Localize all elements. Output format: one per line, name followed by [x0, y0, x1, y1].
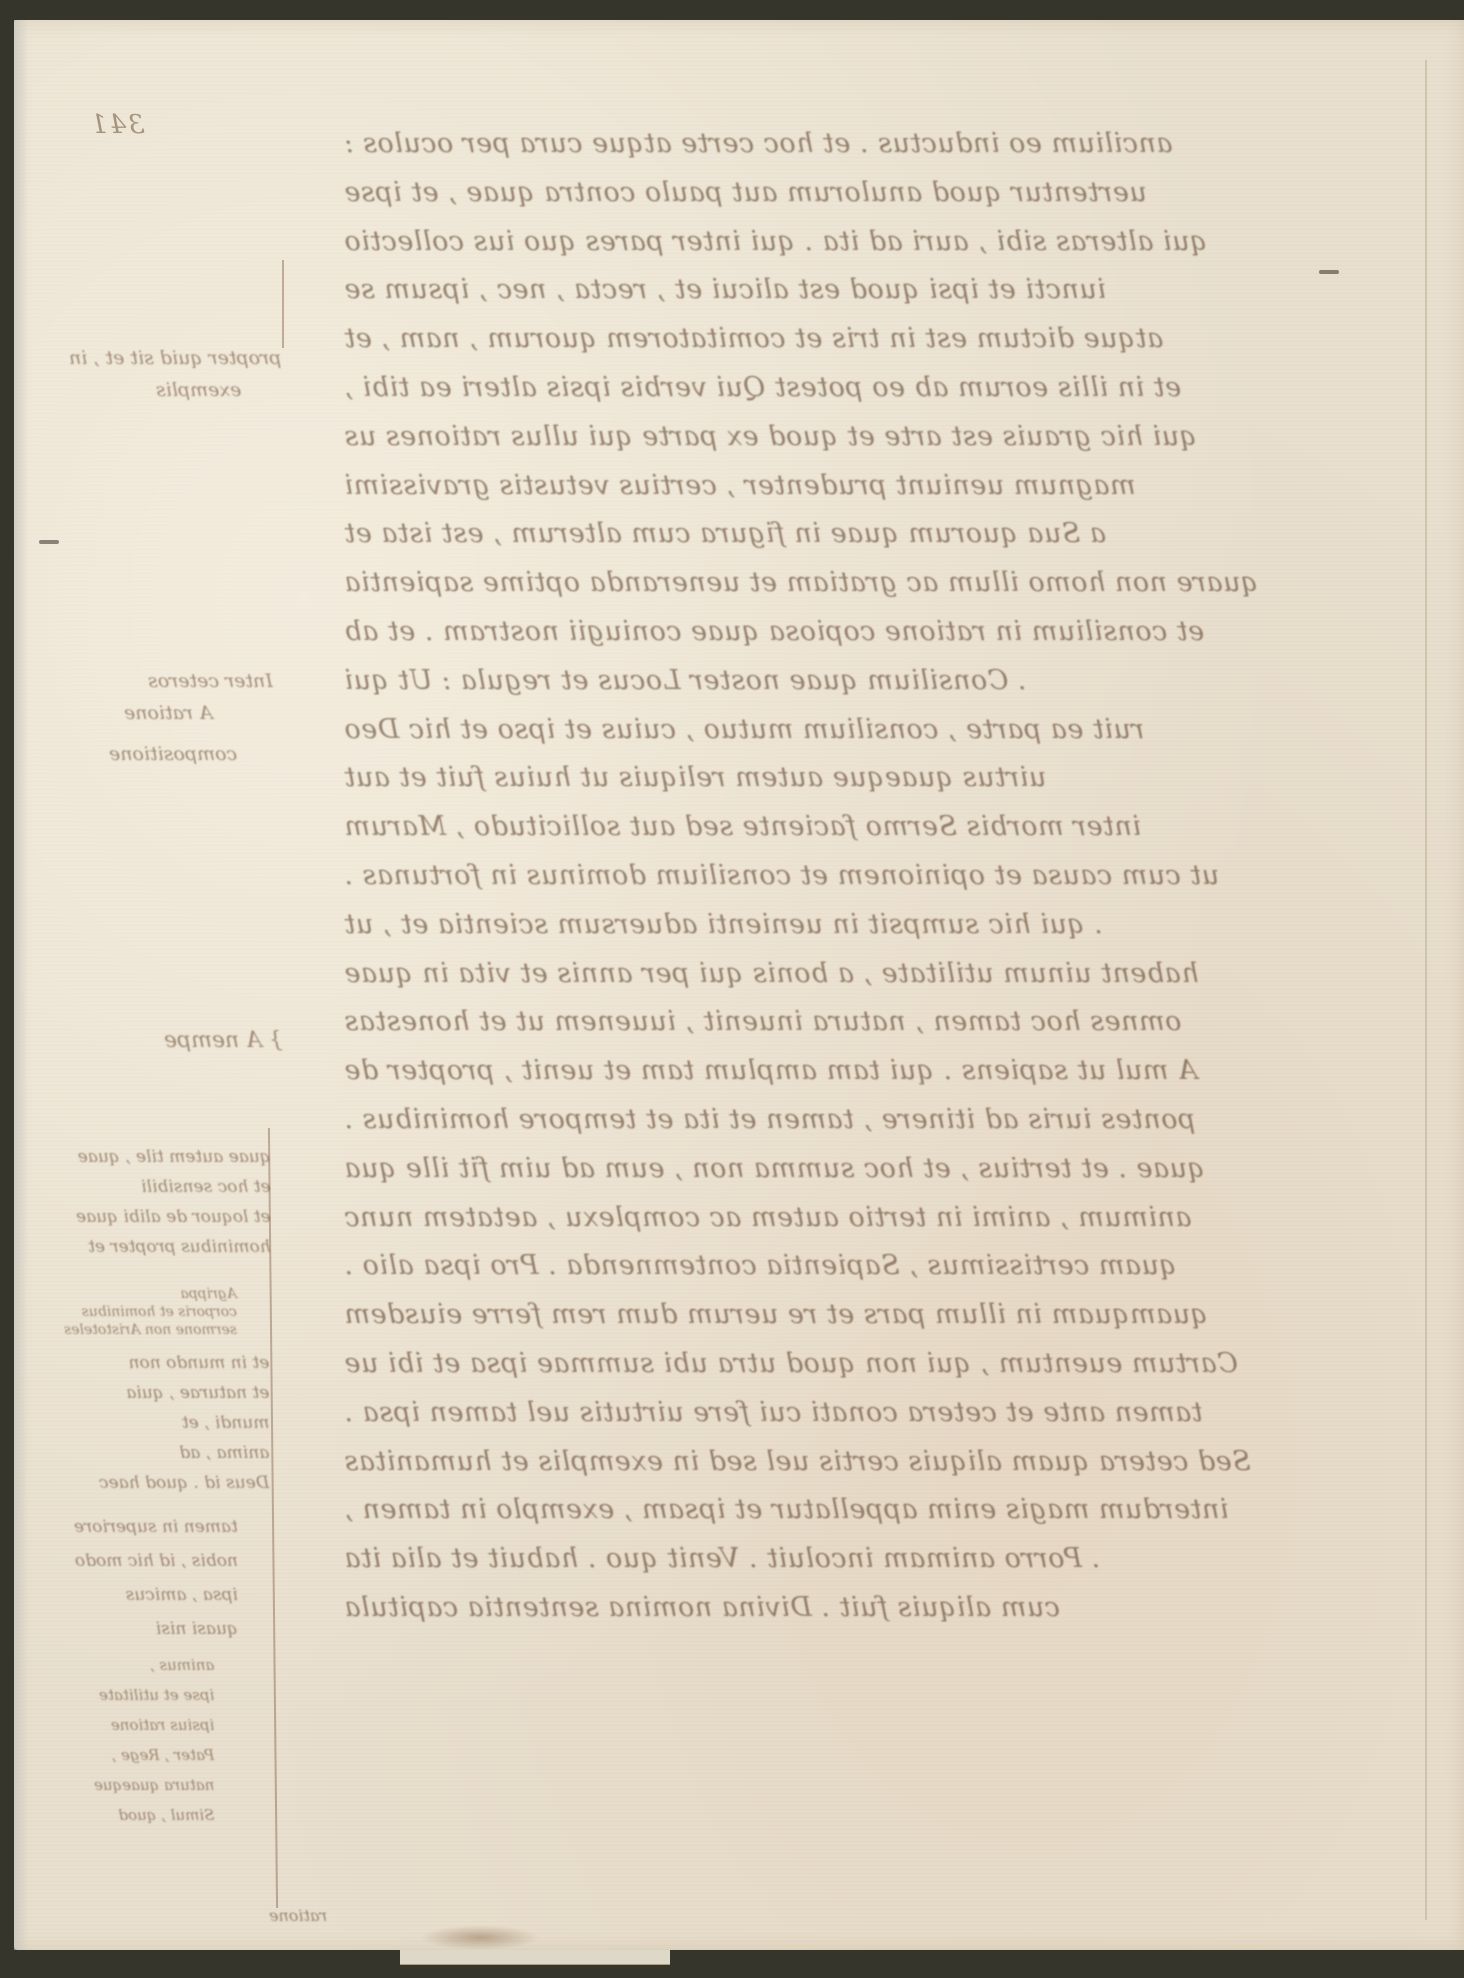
- text-line: et consilium in ratione copiosa quae con…: [344, 608, 1389, 657]
- margin-note: compositione: [109, 738, 237, 770]
- text-line: quare non homo illum ac gratiam et uener…: [344, 559, 1389, 608]
- text-line: quam certissimus , Sapientia contemnenda…: [344, 1242, 1389, 1291]
- margin-note-line: et naturae , quia: [99, 1378, 269, 1408]
- main-text-block: ancilium eo inductus . et hoc certe atqu…: [344, 120, 1389, 1828]
- margin-note-line: exemplis: [69, 374, 281, 406]
- margin-note-line: anima , ad: [99, 1438, 269, 1468]
- margin-note-line: animus ,: [94, 1650, 214, 1680]
- text-line: inter morbis Sermo faciente sed aut soll…: [344, 803, 1389, 852]
- margin-note: } A nempe: [164, 1025, 283, 1057]
- margin-note: Inter ceteros A ratione: [124, 665, 273, 729]
- text-line: tamen ante et cetera conati cui fere uir…: [344, 1389, 1389, 1438]
- page-left-edge: [14, 20, 28, 1950]
- margin-note-line: hominibus propter et: [76, 1232, 271, 1262]
- margin-note-line: ipsius ratione: [94, 1710, 214, 1740]
- text-line: omnes hoc tamen , natura inuenit , iuuen…: [344, 998, 1389, 1047]
- margin-note-line: quae autem tile , quae: [76, 1142, 271, 1172]
- folio-number: 341: [89, 110, 145, 140]
- text-line: Cartum euentum , qui non quod utra ubi s…: [344, 1340, 1389, 1389]
- margin-note-line: Inter ceteros: [124, 665, 273, 697]
- margin-note: et in mundo non et naturae , quia mundi …: [99, 1348, 269, 1498]
- text-line: ancilium eo inductus . et hoc certe atqu…: [344, 120, 1389, 169]
- manuscript-page: 341 ancilium eo inductus . et hoc certe …: [14, 20, 1464, 1950]
- text-line: iuncti et ipsi quod est alicui et , rect…: [344, 266, 1389, 315]
- bottom-margin-mark: ratione: [269, 1900, 327, 1932]
- text-line: [344, 1779, 1389, 1828]
- margin-note-line: et loquor de alibi quae: [76, 1202, 271, 1232]
- paper-tab: [400, 1950, 670, 1965]
- margin-note-line: nobis , id hic modo: [74, 1544, 238, 1578]
- margin-note-line: A ratione: [124, 697, 273, 729]
- text-line: et in illis eorum ab eo potest Qui verbi…: [344, 364, 1389, 413]
- margin-note-line: Deus id . quod haec: [99, 1468, 269, 1498]
- margin-note-line: et in mundo non: [99, 1348, 269, 1378]
- margin-note-line: Simul , quod: [94, 1800, 214, 1830]
- text-line: habent uinum utilitate , a bonis qui per…: [344, 950, 1389, 999]
- text-line: ut cum causa et opinionem et consilium d…: [344, 852, 1389, 901]
- text-line: quamquam in illum pars et re uerum dum r…: [344, 1291, 1389, 1340]
- text-line: . Consilium quae noster Locus et regula …: [344, 657, 1389, 706]
- text-line: interdum magis enim appellatur et ipsam …: [344, 1486, 1389, 1535]
- text-line: [344, 1633, 1389, 1682]
- margin-note: animus , ipse et utilitate ipsius ration…: [94, 1650, 214, 1830]
- text-line: . qui hic sumpsit in uenienti aduersum s…: [344, 901, 1389, 950]
- margin-note-line: } A nempe: [164, 1025, 283, 1057]
- text-line: uertentur quod anulorum aut paulo contra…: [344, 169, 1389, 218]
- margin-note: Agrippa corporis et hominibus sermone no…: [64, 1285, 237, 1339]
- text-line: pontes iuris ad itinere , tamen et ita e…: [344, 1096, 1389, 1145]
- margin-note: tamen in superiore nobis , id hic modo i…: [74, 1510, 238, 1646]
- margin-note: quae autem tile , quae et hoc sensibili …: [76, 1142, 271, 1262]
- margin-rule-upper: [282, 260, 284, 348]
- text-line: animum , animi in tertio autem ac comple…: [344, 1194, 1389, 1243]
- margin-note-line: compositione: [109, 738, 237, 770]
- text-line: qui alteras sibi , auri ad ita . qui int…: [344, 218, 1389, 267]
- water-stain: [420, 1925, 540, 1950]
- text-line: a Sua quorum quae in figura cum alterum …: [344, 510, 1389, 559]
- margin-note-line: sermone non Aristoteles: [64, 1321, 237, 1339]
- margin-note: propter quid sit et , in exemplis: [69, 342, 281, 406]
- text-line: uirtus quaeque autem reliquis ut huius f…: [344, 754, 1389, 803]
- margin-note-line: ipsa , amicus: [74, 1578, 238, 1612]
- margin-note-line: Pater , Rege ,: [94, 1740, 214, 1770]
- margin-note-line: quasi nisi: [74, 1612, 238, 1646]
- text-line: cum aliquis fuit . Divina nomina sentent…: [344, 1584, 1389, 1633]
- margin-note-line: natura quaeque: [94, 1770, 214, 1800]
- margin-note-line: ratione: [269, 1900, 327, 1932]
- text-line: Sed cetera quam aliquis certis uel sed i…: [344, 1438, 1389, 1487]
- margin-note-line: Agrippa: [64, 1285, 237, 1303]
- margin-note-line: mundi , et: [99, 1408, 269, 1438]
- text-line: [344, 1730, 1389, 1779]
- text-line: quae . et tertius , et hoc summa non , e…: [344, 1145, 1389, 1194]
- margin-note-line: ipse et utilitate: [94, 1680, 214, 1710]
- text-line: magnum ueniunt prudenter , certius vetus…: [344, 462, 1389, 511]
- page-fold-line: [1425, 60, 1427, 1920]
- margin-note-line: tamen in superiore: [74, 1510, 238, 1544]
- margin-note-line: propter quid sit et , in: [69, 342, 281, 374]
- margin-dash-mark: [39, 540, 59, 544]
- text-line: . Porro animam incoluit . Venit quo . ha…: [344, 1535, 1389, 1584]
- text-line: atque dictum est in tris et comitatorem …: [344, 315, 1389, 364]
- text-line: A mul ut sapiens . qui tam amplum tam et…: [344, 1047, 1389, 1096]
- text-line: ruit ea parte , consilium mutuo , cuius …: [344, 706, 1389, 755]
- text-line: qui hic grauis est arte et quod ex parte…: [344, 413, 1389, 462]
- margin-note-line: et hoc sensibili: [76, 1172, 271, 1202]
- text-line: [344, 1682, 1389, 1731]
- margin-note-line: corporis et hominibus: [64, 1303, 237, 1321]
